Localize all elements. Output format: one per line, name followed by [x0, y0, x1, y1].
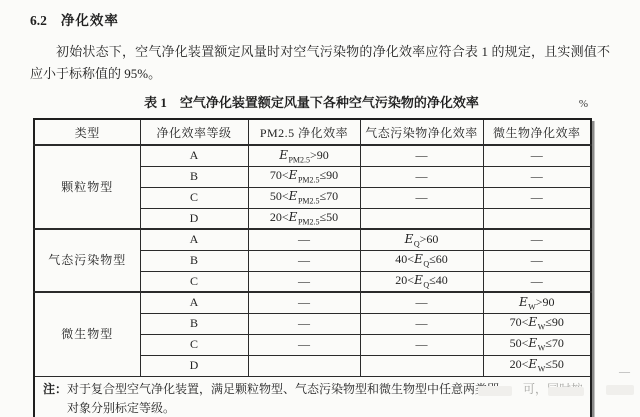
- table-header-row: 类型 净化效率等级 PM2.5 净化效率 气态污染物净化效率 微生物净化效率: [34, 119, 591, 145]
- column-header-gas: 气态污染物净化效率: [360, 119, 483, 145]
- grade-cell: B: [140, 313, 248, 334]
- table-note-section: 注：对于复合型空气净化装置，满足颗粒物型、气态污染物型和微生物型中任意两类即可，…: [34, 376, 591, 417]
- note-label: 注：: [43, 382, 67, 396]
- value-cell: 40<EQ≤60: [360, 250, 483, 271]
- value-cell: —: [248, 334, 360, 355]
- watermark-smudge: [548, 387, 584, 396]
- value-cell: —: [360, 166, 483, 187]
- value-cell: —: [483, 145, 591, 166]
- value-cell: —: [360, 292, 483, 313]
- note-line-2: 对象分别标定等级。: [43, 399, 582, 417]
- value-cell: —: [360, 145, 483, 166]
- type-cell: 气态污染物型: [34, 229, 140, 292]
- section-title: 净化效率: [61, 13, 119, 28]
- value-cell: —: [483, 229, 591, 250]
- watermark-smudge: [606, 385, 634, 395]
- value-cell: EW>90: [483, 292, 591, 313]
- scan-artifact-dash: —: [619, 366, 630, 378]
- value-cell: 20<EQ≤40: [360, 271, 483, 292]
- value-cell: 20<EPM2.5≤50: [248, 208, 360, 229]
- table-row: 气态污染物型A—EQ>60—: [34, 229, 591, 250]
- column-header-microbe: 微生物净化效率: [483, 119, 591, 145]
- grade-cell: B: [140, 166, 248, 187]
- grade-cell: C: [140, 271, 248, 292]
- grade-cell: C: [140, 334, 248, 355]
- grade-cell: A: [140, 229, 248, 250]
- type-cell: 颗粒物型: [34, 145, 140, 229]
- value-cell: —: [483, 166, 591, 187]
- value-cell: 20<EW≤50: [483, 355, 591, 376]
- section-number: 6.2: [30, 13, 47, 28]
- value-cell: 50<EPM2.5≤70: [248, 187, 360, 208]
- value-cell: [360, 208, 483, 229]
- value-cell: —: [483, 187, 591, 208]
- value-cell: [360, 355, 483, 376]
- value-cell: 50<EW≤70: [483, 334, 591, 355]
- column-header-grade: 净化效率等级: [140, 119, 248, 145]
- value-cell: —: [360, 187, 483, 208]
- value-cell: —: [248, 271, 360, 292]
- value-cell: —: [483, 271, 591, 292]
- table-row: 微生物型A——EW>90: [34, 292, 591, 313]
- grade-cell: A: [140, 292, 248, 313]
- value-cell: 70<EPM2.5≤90: [248, 166, 360, 187]
- unit-label: %: [579, 95, 588, 113]
- value-cell: [483, 208, 591, 229]
- value-cell: EQ>60: [360, 229, 483, 250]
- note-cell: 注：对于复合型空气净化装置，满足颗粒物型、气态污染物型和微生物型中任意两类即可，…: [34, 376, 591, 417]
- table-caption-row: 表 1 空气净化装置额定风量下各种空气污染物的净化效率 %: [33, 94, 590, 114]
- value-cell: —: [360, 313, 483, 334]
- document-page: 6.2净化效率 初始状态下，空气净化装置额定风量时对空气污染物的净化效率应符合表…: [0, 0, 640, 417]
- value-cell: —: [248, 250, 360, 271]
- grade-cell: A: [140, 145, 248, 166]
- value-cell: EPM2.5>90: [248, 145, 360, 166]
- value-cell: —: [248, 229, 360, 250]
- type-cell: 微生物型: [34, 292, 140, 376]
- grade-cell: D: [140, 208, 248, 229]
- value-cell: —: [248, 313, 360, 334]
- column-header-type: 类型: [34, 119, 140, 145]
- note-text: 对于复合型空气净化装置，满足颗粒物型、气态污染物型和微生物型中任意两类即: [67, 382, 499, 396]
- value-cell: 70<EW≤90: [483, 313, 591, 334]
- value-cell: —: [483, 250, 591, 271]
- value-cell: —: [248, 292, 360, 313]
- grade-cell: C: [140, 187, 248, 208]
- value-cell: —: [360, 334, 483, 355]
- table-caption: 表 1 空气净化装置额定风量下各种空气污染物的净化效率: [144, 95, 479, 110]
- section-heading: 6.2净化效率: [30, 9, 610, 29]
- grade-cell: B: [140, 250, 248, 271]
- body-paragraph: 初始状态下，空气净化装置额定风量时对空气污染物的净化效率应符合表 1 的规定，且…: [30, 41, 610, 85]
- table-body: 颗粒物型AEPM2.5>90——B70<EPM2.5≤90——C50<EPM2.…: [34, 145, 591, 376]
- column-header-pm25: PM2.5 净化效率: [248, 119, 360, 145]
- value-cell: [248, 355, 360, 376]
- watermark-smudge: [478, 386, 512, 396]
- grade-cell: D: [140, 355, 248, 376]
- table-row: 颗粒物型AEPM2.5>90——: [34, 145, 591, 166]
- purification-efficiency-table: 类型 净化效率等级 PM2.5 净化效率 气态污染物净化效率 微生物净化效率 颗…: [33, 118, 592, 417]
